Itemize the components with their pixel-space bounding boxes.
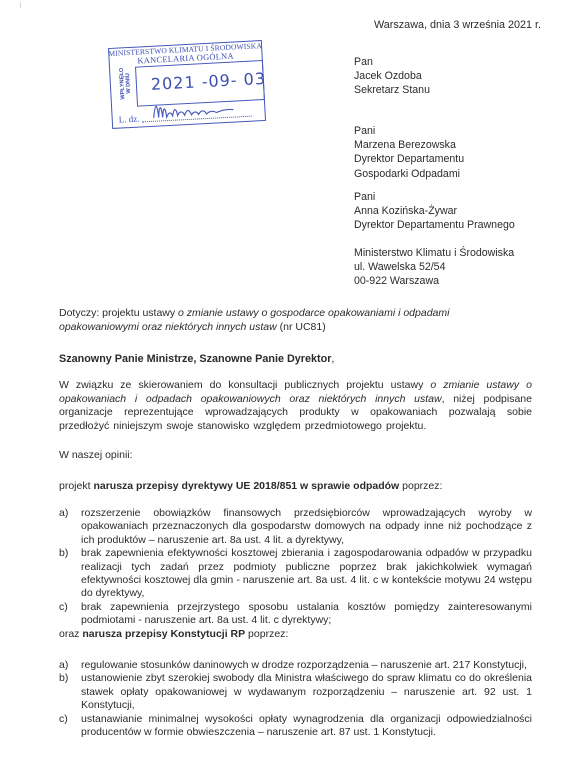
recipient-3-position: Dyrektor Departamentu Prawnego [354,218,515,232]
intro-paragraph: W związku ze skierowaniem do konsultacji… [59,379,532,433]
list-text: brak zapewnienia efektywności kosztowej … [81,547,532,601]
section2-heading: narusza przepisy Konstytucji RP [82,628,245,640]
recipient-2-name: Marzena Berezowska [354,138,464,152]
recipient-1-title: Pan [354,55,430,69]
recipient-3: Pani Anna Kozińska-Żywar Dyrektor Depart… [354,190,515,233]
section1-heading: narusza przepisy dyrektywy UE 2018/851 w… [93,480,399,492]
date-line: Warszawa, dnia 3 września 2021 r. [374,19,541,31]
stamp-received-label: WPŁYNĘŁO W DNIU [119,63,134,104]
list-item: c) ustanawianie minimalnej wysokości opł… [59,713,532,740]
recipient-3-title: Pani [354,190,515,204]
ministry-street: ul. Wawelska 52/54 [354,260,514,274]
list-letter: c) [59,713,81,740]
subject-line: Dotyczy: projektu ustawy o zmianie ustaw… [59,307,532,334]
opinion-label: W naszej opinii: [59,449,532,463]
list-text: rozszerzenie obowiązków finansowych prze… [81,507,532,547]
list-text: brak zapewnienia przejrzystego sposobu u… [81,601,532,628]
ministry-address: Ministerstwo Klimatu i Środowiska ul. Wa… [354,246,514,289]
recipient-1: Pan Jacek Ozdoba Sekretarz Stanu [354,55,430,98]
list-letter: b) [59,672,81,712]
list-item: c) brak zapewnienia przejrzystego sposob… [59,601,532,628]
salutation-comma: , [331,353,334,365]
recipient-3-name: Anna Kozińska-Żywar [354,204,515,218]
list-letter: b) [59,547,81,601]
subject-prefix: Dotyczy: projektu ustawy [59,307,178,319]
section2-lead: oraz narusza przepisy Konstytucji RP pop… [59,628,532,642]
recipient-1-position: Sekretarz Stanu [354,83,430,97]
ministry-name: Ministerstwo Klimatu i Środowiska [354,246,514,260]
list-text: ustanowienie zbyt szerokiej swobody dla … [81,672,532,712]
section1-list: a) rozszerzenie obowiązków finansowych p… [59,507,532,628]
stamp-ldz-label: L. dz. [118,114,139,125]
recipient-2: Pani Marzena Berezowska Dyrektor Departa… [354,124,464,181]
stamp-date: 2021 -09- 03 [150,69,266,94]
scan-mark [20,2,25,8]
section1-lead: projekt narusza przepisy dyrektywy UE 20… [59,480,532,494]
letter-page: Warszawa, dnia 3 września 2021 r. MINIST… [0,0,587,763]
recipient-2-department: Gospodarki Odpadami [354,167,464,181]
recipient-1-name: Jacek Ozdoba [354,69,430,83]
list-text: regulowanie stosunków daninowych w drodz… [81,659,532,672]
ministry-city: 00-922 Warszawa [354,274,514,288]
recipient-2-title: Pani [354,124,464,138]
intro-part1: W związku ze skierowaniem do konsultacji… [59,379,430,391]
subject-suffix: (nr UC81) [277,321,326,333]
list-item: a) regulowanie stosunków daninowych w dr… [59,659,532,672]
list-item: a) rozszerzenie obowiązków finansowych p… [59,507,532,547]
list-letter: c) [59,601,81,628]
recipient-2-position: Dyrektor Departamentu [354,152,464,166]
registry-stamp: MINISTERSTWO KLIMATU I ŚRODOWISKA KANCEL… [108,40,266,129]
list-letter: a) [59,507,81,547]
section2-suffix: poprzez: [245,628,288,640]
list-item: b) brak zapewnienia efektywności kosztow… [59,547,532,601]
section1-prefix: projekt [59,480,93,492]
list-letter: a) [59,659,81,672]
section2-prefix: oraz [59,628,82,640]
section1-suffix: poprzez: [399,480,442,492]
salutation: Szanowny Panie Ministrze, Szanowne Panie… [59,353,532,367]
section2-list: a) regulowanie stosunków daninowych w dr… [59,659,532,739]
salutation-text: Szanowny Panie Ministrze, Szanowne Panie… [59,353,331,365]
list-text: ustanawianie minimalnej wysokości opłaty… [81,713,532,740]
list-item: b) ustanowienie zbyt szerokiej swobody d… [59,672,532,712]
